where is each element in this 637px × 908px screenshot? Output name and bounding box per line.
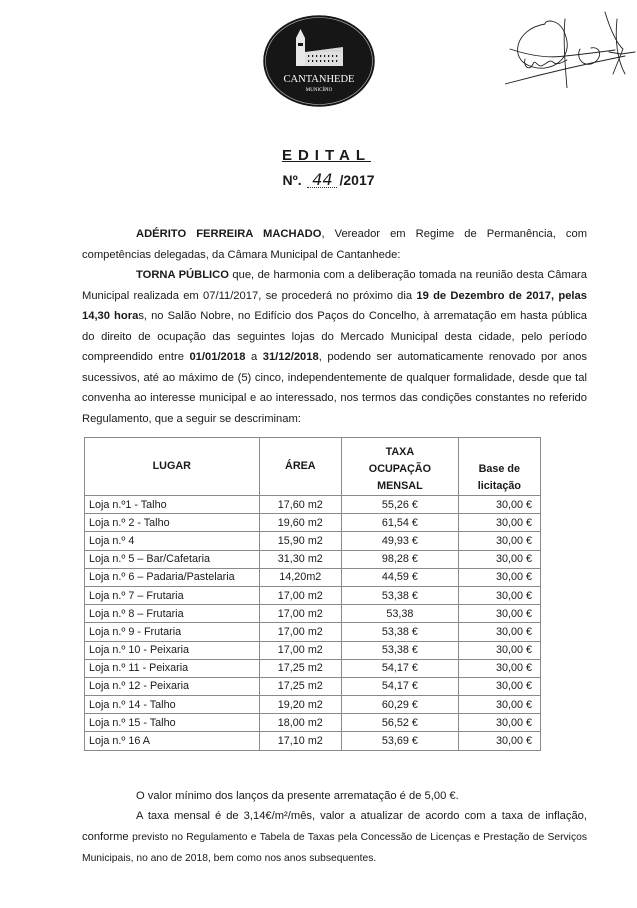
cell-taxa: 44,59 € — [342, 568, 459, 586]
stores-table: LUGAR ÁREA TAXA OCUPAÇÃO MENSAL Base de … — [84, 437, 541, 751]
cell-base: 30,00 € — [458, 568, 540, 586]
cell-area: 15,90 m2 — [259, 532, 342, 550]
cell-taxa: 98,28 € — [342, 550, 459, 568]
header-base-line2: licitação — [478, 480, 521, 492]
cell-taxa: 56,52 € — [342, 714, 459, 732]
cell-lugar: Loja n.º 16 A — [85, 732, 260, 750]
table-row: Loja n.º 6 – Padaria/Pastelaria14,20m244… — [85, 568, 541, 586]
cell-taxa: 53,38 € — [342, 641, 459, 659]
cell-taxa: 53,69 € — [342, 732, 459, 750]
cell-area: 17,00 m2 — [259, 641, 342, 659]
table-row: Loja n.º 11 - Peixaria17,25 m254,17 €30,… — [85, 659, 541, 677]
header-area: ÁREA — [259, 438, 342, 496]
cell-lugar: Loja n.º 15 - Talho — [85, 714, 260, 732]
cell-base: 30,00 € — [458, 677, 540, 695]
cell-area: 17,25 m2 — [259, 677, 342, 695]
table-row: Loja n.º 415,90 m249,93 €30,00 € — [85, 532, 541, 550]
table-header-row: LUGAR ÁREA TAXA OCUPAÇÃO MENSAL Base de … — [85, 438, 541, 496]
table-row: Loja n.º 14 - Talho19,20 m260,29 €30,00 … — [85, 696, 541, 714]
signature-icon — [505, 4, 637, 88]
table-row: Loja n.º 8 – Frutaria17,00 m253,3830,00 … — [85, 605, 541, 623]
announcement-text-3: a — [245, 351, 262, 363]
cell-lugar: Loja n.º 6 – Padaria/Pastelaria — [85, 568, 260, 586]
logo-name: CANTANHEDE — [284, 74, 355, 85]
cell-area: 19,20 m2 — [259, 696, 342, 714]
edital-number-prefix: Nº. — [282, 172, 301, 188]
cell-lugar: Loja n.º 10 - Peixaria — [85, 641, 260, 659]
edital-number-year: /2017 — [339, 172, 374, 188]
header-base-line1: Base de — [479, 463, 520, 475]
header-base: Base de licitação — [458, 438, 540, 496]
cell-area: 31,30 m2 — [259, 550, 342, 568]
monthly-fee-text-2: previsto no Regulamento e Tabela de Taxa… — [82, 832, 587, 865]
cell-area: 17,00 m2 — [259, 586, 342, 604]
header-taxa: TAXA OCUPAÇÃO MENSAL — [342, 438, 459, 496]
intro-paragraph: ADÉRITO FERREIRA MACHADO, Vereador em Re… — [82, 224, 587, 265]
cell-lugar: Loja n.º 11 - Peixaria — [85, 659, 260, 677]
table-row: Loja n.º1 - Talho17,60 m255,26 €30,00 € — [85, 496, 541, 514]
cell-area: 17,00 m2 — [259, 605, 342, 623]
announcement-paragraph: TORNA PÚBLICO que, de harmonia com a del… — [82, 265, 587, 429]
header-lugar: LUGAR — [85, 438, 260, 496]
table-row: Loja n.º 5 – Bar/Cafetaria31,30 m298,28 … — [85, 550, 541, 568]
cell-base: 30,00 € — [458, 532, 540, 550]
header-taxa-line1: TAXA — [386, 446, 415, 458]
cell-base: 30,00 € — [458, 641, 540, 659]
cell-base: 30,00 € — [458, 586, 540, 604]
cell-taxa: 60,29 € — [342, 696, 459, 714]
cell-taxa: 61,54 € — [342, 514, 459, 532]
cell-area: 17,10 m2 — [259, 732, 342, 750]
monthly-fee-paragraph: A taxa mensal é de 3,14€/m²/mês, valor a… — [82, 806, 587, 870]
councillor-name: ADÉRITO FERREIRA MACHADO — [136, 228, 321, 240]
logo-subtitle: MUNICÍPIO — [306, 87, 333, 93]
cell-area: 18,00 m2 — [259, 714, 342, 732]
document-title: EDITAL — [0, 147, 637, 164]
cell-area: 14,20m2 — [259, 568, 342, 586]
cell-base: 30,00 € — [458, 550, 540, 568]
period-end: 31/12/2018 — [263, 351, 319, 363]
cell-base: 30,00 € — [458, 732, 540, 750]
table-row: Loja n.º 12 - Peixaria17,25 m254,17 €30,… — [85, 677, 541, 695]
cell-taxa: 53,38 € — [342, 623, 459, 641]
cell-base: 30,00 € — [458, 514, 540, 532]
cell-lugar: Loja n.º1 - Talho — [85, 496, 260, 514]
cell-lugar: Loja n.º 9 - Frutaria — [85, 623, 260, 641]
cell-lugar: Loja n.º 4 — [85, 532, 260, 550]
cell-area: 17,25 m2 — [259, 659, 342, 677]
table-row: Loja n.º 15 - Talho18,00 m256,52 €30,00 … — [85, 714, 541, 732]
announcement-lead: TORNA PÚBLICO — [136, 269, 229, 281]
cell-lugar: Loja n.º 8 – Frutaria — [85, 605, 260, 623]
edital-number-handwritten: 44 — [307, 173, 337, 188]
cell-lugar: Loja n.º 7 – Frutaria — [85, 586, 260, 604]
header-taxa-line3: MENSAL — [377, 480, 423, 492]
cell-base: 30,00 € — [458, 623, 540, 641]
cell-base: 30,00 € — [458, 714, 540, 732]
table-row: Loja n.º 10 - Peixaria17,00 m253,38 €30,… — [85, 641, 541, 659]
cell-base: 30,00 € — [458, 496, 540, 514]
table-row: Loja n.º 16 A17,10 m253,69 €30,00 € — [85, 732, 541, 750]
cell-base: 30,00 € — [458, 659, 540, 677]
cell-base: 30,00 € — [458, 605, 540, 623]
cell-taxa: 54,17 € — [342, 659, 459, 677]
period-start: 01/01/2018 — [189, 351, 245, 363]
minimum-bid-paragraph: O valor mínimo dos lanços da presente ar… — [82, 786, 587, 807]
cell-area: 17,00 m2 — [259, 623, 342, 641]
cell-taxa: 54,17 € — [342, 677, 459, 695]
table-row: Loja n.º 7 – Frutaria17,00 m253,38 €30,0… — [85, 586, 541, 604]
cell-taxa: 49,93 € — [342, 532, 459, 550]
cell-lugar: Loja n.º 14 - Talho — [85, 696, 260, 714]
cell-taxa: 53,38 — [342, 605, 459, 623]
cell-lugar: Loja n.º 2 - Talho — [85, 514, 260, 532]
table-row: Loja n.º 2 - Talho19,60 m261,54 €30,00 € — [85, 514, 541, 532]
table-row: Loja n.º 9 - Frutaria17,00 m253,38 €30,0… — [85, 623, 541, 641]
cell-taxa: 55,26 € — [342, 496, 459, 514]
cell-taxa: 53,38 € — [342, 586, 459, 604]
church-emblem-icon: CANTANHEDE MUNICÍPIO — [262, 14, 376, 108]
cell-base: 30,00 € — [458, 696, 540, 714]
cell-lugar: Loja n.º 12 - Peixaria — [85, 677, 260, 695]
header-taxa-line2: OCUPAÇÃO — [369, 463, 431, 475]
cell-area: 17,60 m2 — [259, 496, 342, 514]
cell-area: 19,60 m2 — [259, 514, 342, 532]
signature — [505, 4, 637, 88]
municipality-logo: CANTANHEDE MUNICÍPIO — [262, 14, 376, 108]
cell-lugar: Loja n.º 5 – Bar/Cafetaria — [85, 550, 260, 568]
edital-number: Nº. 44/2017 — [0, 172, 637, 188]
